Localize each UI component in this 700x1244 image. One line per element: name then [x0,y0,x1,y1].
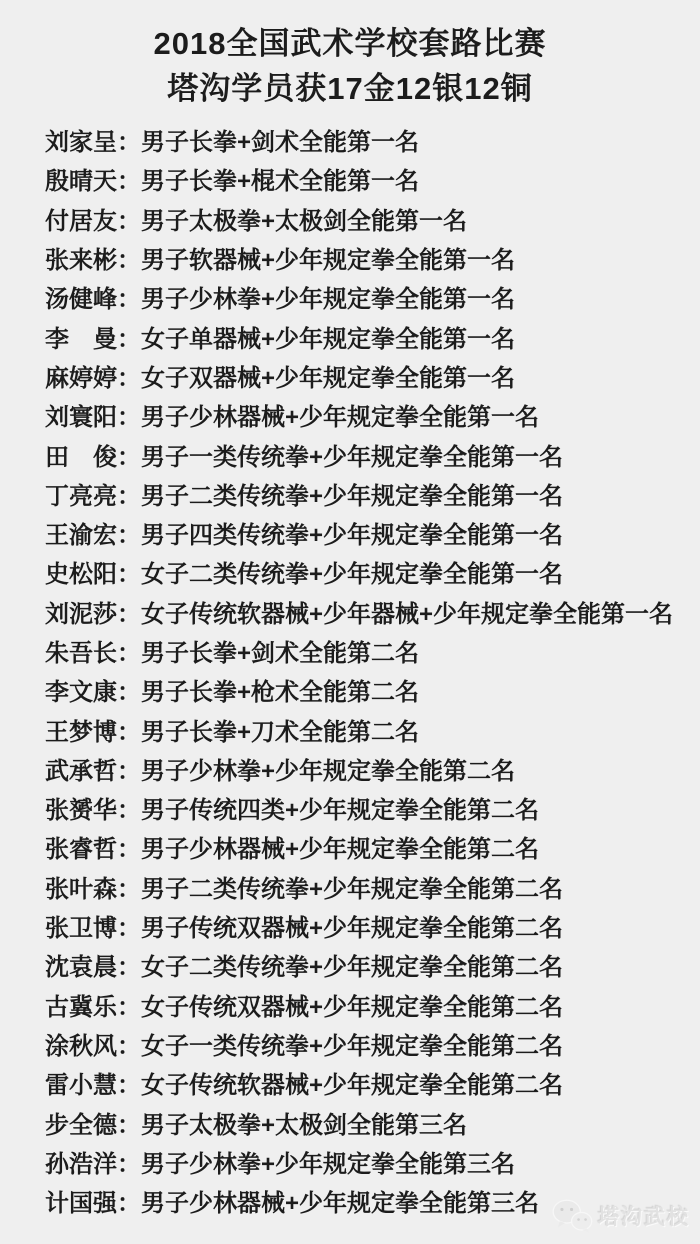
achievement-text: 男子长拳+剑术全能第二名 [141,633,419,668]
result-row: 古冀乐：女子传统双器械+少年规定拳全能第二名 [0,985,700,1024]
colon-separator: ： [117,1065,141,1100]
achievement-text: 男子一类传统拳+少年规定拳全能第一名 [141,437,563,472]
colon-separator: ： [117,869,141,904]
achievement-text: 男子长拳+枪术全能第二名 [141,672,419,707]
colon-separator: ： [117,712,141,747]
colon-separator: ： [117,161,141,196]
result-row: 麻婷婷：女子双器械+少年规定拳全能第一名 [0,356,700,395]
colon-separator: ： [117,751,141,786]
athlete-name: 沈袁晨 [45,947,117,982]
colon-separator: ： [117,790,141,825]
colon-separator: ： [117,908,141,943]
achievement-text: 女子单器械+少年规定拳全能第一名 [141,319,515,354]
colon-separator: ： [117,122,141,157]
achievement-text: 男子少林器械+少年规定拳全能第二名 [141,829,539,864]
athlete-name: 张睿哲 [45,829,117,864]
athlete-name: 涂秋风 [45,1026,117,1061]
athlete-name: 麻婷婷 [45,358,117,393]
colon-separator: ： [117,594,141,629]
athlete-name: 张赟华 [45,790,117,825]
athlete-name: 孙浩洋 [45,1144,117,1179]
achievement-text: 女子传统软器械+少年规定拳全能第二名 [141,1065,563,1100]
colon-separator: ： [117,358,141,393]
athlete-name: 古冀乐 [45,987,117,1022]
achievement-text: 男子太极拳+太极剑全能第三名 [141,1105,467,1140]
achievement-text: 男子长拳+刀术全能第二名 [141,712,419,747]
colon-separator: ： [117,437,141,472]
colon-separator: ： [117,319,141,354]
result-row: 步全德：男子太极拳+太极剑全能第三名 [0,1102,700,1141]
colon-separator: ： [117,829,141,864]
result-row: 刘寰阳：男子少林器械+少年规定拳全能第一名 [0,395,700,434]
result-row: 武承哲：男子少林拳+少年规定拳全能第二名 [0,749,700,788]
athlete-name: 武承哲 [45,751,117,786]
achievement-text: 男子少林拳+少年规定拳全能第三名 [141,1144,515,1179]
colon-separator: ： [117,515,141,550]
title-line-2: 塔沟学员获17金12银12铜 [0,66,700,111]
achievement-text: 男子长拳+棍术全能第一名 [141,161,419,196]
watermark-label: 塔沟武校 [598,1201,690,1231]
colon-separator: ： [117,397,141,432]
colon-separator: ： [117,1183,141,1218]
result-row: 殷晴天：男子长拳+棍术全能第一名 [0,159,700,198]
colon-separator: ： [117,672,141,707]
result-row: 王渝宏：男子四类传统拳+少年规定拳全能第一名 [0,513,700,552]
result-row: 张叶森：男子二类传统拳+少年规定拳全能第二名 [0,867,700,906]
athlete-name: 刘寰阳 [45,397,117,432]
result-row: 汤健峰：男子少林拳+少年规定拳全能第一名 [0,277,700,316]
result-row: 李 曼：女子单器械+少年规定拳全能第一名 [0,316,700,355]
result-row: 田 俊：男子一类传统拳+少年规定拳全能第一名 [0,434,700,473]
result-row: 刘家呈：男子长拳+剑术全能第一名 [0,120,700,159]
result-row: 张来彬：男子软器械+少年规定拳全能第一名 [0,238,700,277]
achievement-text: 女子二类传统拳+少年规定拳全能第一名 [141,554,563,589]
colon-separator: ： [117,633,141,668]
results-list: 刘家呈：男子长拳+剑术全能第一名殷晴天：男子长拳+棍术全能第一名付居友：男子太极… [0,120,700,1220]
colon-separator: ： [117,476,141,511]
achievement-text: 男子太极拳+太极剑全能第一名 [141,201,467,236]
athlete-name: 付居友 [45,201,117,236]
result-row: 张睿哲：男子少林器械+少年规定拳全能第二名 [0,827,700,866]
colon-separator: ： [117,947,141,982]
achievement-text: 男子少林拳+少年规定拳全能第一名 [141,279,515,314]
achievement-text: 男子少林器械+少年规定拳全能第三名 [141,1183,539,1218]
athlete-name: 王渝宏 [45,515,117,550]
athlete-name: 雷小慧 [45,1065,117,1100]
achievement-text: 女子传统双器械+少年规定拳全能第二名 [141,987,563,1022]
achievement-text: 男子长拳+剑术全能第一名 [141,122,419,157]
achievement-text: 男子少林器械+少年规定拳全能第一名 [141,397,539,432]
athlete-name: 张来彬 [45,240,117,275]
colon-separator: ： [117,987,141,1022]
wechat-icon [551,1198,593,1234]
result-row: 孙浩洋：男子少林拳+少年规定拳全能第三名 [0,1142,700,1181]
result-row: 丁亮亮：男子二类传统拳+少年规定拳全能第一名 [0,474,700,513]
title-line-1: 2018全国武术学校套路比赛 [0,21,700,66]
athlete-name: 刘泥莎 [45,594,117,629]
colon-separator: ： [117,279,141,314]
achievement-text: 男子四类传统拳+少年规定拳全能第一名 [141,515,563,550]
result-row: 张卫博：男子传统双器械+少年规定拳全能第二名 [0,906,700,945]
achievement-text: 女子传统软器械+少年器械+少年规定拳全能第一名 [141,594,673,629]
colon-separator: ： [117,1026,141,1061]
athlete-name: 刘家呈 [45,122,117,157]
athlete-name: 张卫博 [45,908,117,943]
athlete-name: 殷晴天 [45,161,117,196]
athlete-name: 王梦博 [45,712,117,747]
athlete-name: 史松阳 [45,554,117,589]
result-row: 雷小慧：女子传统软器械+少年规定拳全能第二名 [0,1063,700,1102]
colon-separator: ： [117,1105,141,1140]
achievement-text: 男子少林拳+少年规定拳全能第二名 [141,751,515,786]
result-row: 涂秋风：女子一类传统拳+少年规定拳全能第二名 [0,1024,700,1063]
watermark: 塔沟武校 [551,1198,690,1234]
result-row: 张赟华：男子传统四类+少年规定拳全能第二名 [0,788,700,827]
colon-separator: ： [117,554,141,589]
achievement-text: 女子一类传统拳+少年规定拳全能第二名 [141,1026,563,1061]
athlete-name: 李 曼 [45,319,117,354]
colon-separator: ： [117,1144,141,1179]
result-row: 刘泥莎：女子传统软器械+少年器械+少年规定拳全能第一名 [0,592,700,631]
achievement-text: 男子软器械+少年规定拳全能第一名 [141,240,515,275]
athlete-name: 计国强 [45,1183,117,1218]
athlete-name: 李文康 [45,672,117,707]
result-row: 王梦博：男子长拳+刀术全能第二名 [0,709,700,748]
achievement-text: 女子二类传统拳+少年规定拳全能第二名 [141,947,563,982]
athlete-name: 张叶森 [45,869,117,904]
athlete-name: 汤健峰 [45,279,117,314]
achievement-text: 男子二类传统拳+少年规定拳全能第一名 [141,476,563,511]
achievement-text: 女子双器械+少年规定拳全能第一名 [141,358,515,393]
result-row: 付居友：男子太极拳+太极剑全能第一名 [0,199,700,238]
result-row: 李文康：男子长拳+枪术全能第二名 [0,670,700,709]
achievement-text: 男子传统双器械+少年规定拳全能第二名 [141,908,563,943]
athlete-name: 步全德 [45,1105,117,1140]
athlete-name: 朱吾长 [45,633,117,668]
colon-separator: ： [117,201,141,236]
result-row: 史松阳：女子二类传统拳+少年规定拳全能第一名 [0,552,700,591]
achievement-text: 男子传统四类+少年规定拳全能第二名 [141,790,539,825]
colon-separator: ： [117,240,141,275]
result-row: 朱吾长：男子长拳+剑术全能第二名 [0,631,700,670]
result-row: 沈袁晨：女子二类传统拳+少年规定拳全能第二名 [0,945,700,984]
athlete-name: 田 俊 [45,437,117,472]
page-title: 2018全国武术学校套路比赛 塔沟学员获17金12银12铜 [0,0,700,111]
page: 2018全国武术学校套路比赛 塔沟学员获17金12银12铜 刘家呈：男子长拳+剑… [0,0,700,1244]
athlete-name: 丁亮亮 [45,476,117,511]
achievement-text: 男子二类传统拳+少年规定拳全能第二名 [141,869,563,904]
